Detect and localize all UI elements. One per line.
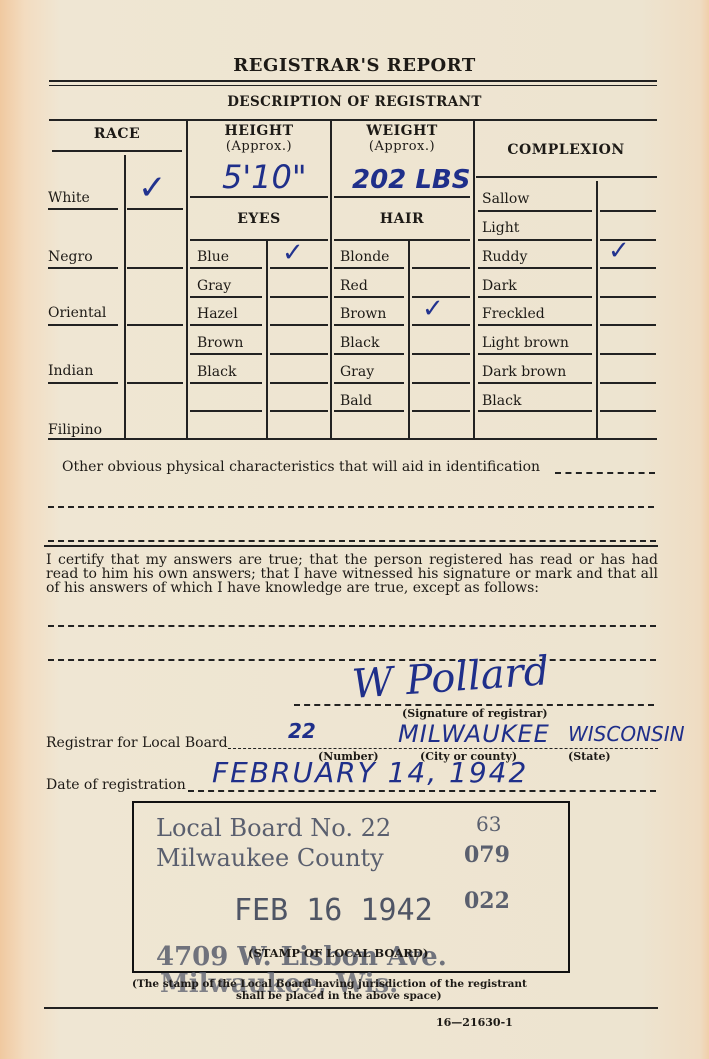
stamp-code-2: 079 [464, 842, 510, 868]
row-rule [478, 324, 592, 326]
row-rule [478, 353, 592, 355]
form-number: 16—21630-1 [436, 1016, 513, 1029]
row-rule [600, 210, 656, 212]
registration-date-value[interactable]: FEBRUARY 14, 1942 [212, 756, 528, 789]
hair-check-divider [408, 241, 410, 439]
row-rule [478, 296, 592, 298]
row-rule [412, 267, 470, 269]
table-bottom-border [48, 438, 657, 440]
complexion-option-black: Black [482, 393, 521, 409]
stamp-note-line-1: (The stamp of the Local Board having jur… [132, 978, 527, 990]
row-rule [600, 324, 656, 326]
eyes-header: EYES [190, 211, 328, 227]
row-rule [190, 353, 262, 355]
complexion-option-freckled: Freckled [482, 306, 545, 322]
row-rule [270, 353, 328, 355]
exceptions-line-2[interactable] [48, 659, 656, 661]
hair-header: HAIR [334, 211, 470, 227]
race-header: RACE [52, 126, 182, 142]
eyes-check-divider [266, 241, 268, 439]
registration-date-label: Date of registration [46, 777, 186, 793]
complexion-option-dark: Dark [482, 278, 517, 294]
height-field-rule [190, 196, 328, 198]
race-row-rule [48, 382, 118, 384]
col-divider [473, 121, 475, 439]
row-rule [334, 267, 404, 269]
row-rule [334, 410, 404, 412]
hair-header-rule [334, 239, 470, 241]
row-rule [600, 382, 656, 384]
race-check-rule [127, 208, 183, 210]
row-rule [270, 324, 328, 326]
hair-option-brown: Brown [340, 306, 386, 322]
weight-header: WEIGHT(Approx.) [334, 124, 470, 154]
row-rule [334, 296, 404, 298]
row-rule [270, 267, 328, 269]
weight-header-sub: (Approx.) [334, 139, 470, 154]
local-board-number[interactable]: 22 [288, 719, 316, 743]
stamp-date: FEB 16 1942 [234, 893, 433, 928]
section-divider [44, 545, 658, 547]
row-rule [600, 267, 656, 269]
certification-text: I certify that my answers are true; that… [46, 553, 658, 595]
race-check-rule [127, 267, 183, 269]
row-rule [190, 410, 262, 412]
weight-value[interactable]: 202 LBS [352, 165, 470, 195]
height-header-sub: (Approx.) [190, 139, 328, 154]
hair-option-bald: Bald [340, 393, 372, 409]
race-option-oriental: Oriental [48, 305, 106, 321]
race-check-rule [127, 324, 183, 326]
complexion-check-divider [596, 181, 598, 439]
height-header: HEIGHT(Approx.) [190, 124, 328, 154]
height-value[interactable]: 5'10" [222, 158, 307, 196]
row-rule [190, 267, 262, 269]
form-title: REGISTRAR'S REPORT [0, 55, 709, 76]
col-divider [330, 121, 332, 439]
stamp-note-line-2: shall be placed in the above space) [236, 990, 442, 1002]
race-row-rule [48, 267, 118, 269]
race-option-indian: Indian [48, 363, 93, 379]
state-caption: (State) [568, 750, 611, 763]
other-characteristics-line-2[interactable] [48, 506, 654, 508]
row-rule [270, 382, 328, 384]
complexion-option-dark-brown: Dark brown [482, 364, 566, 380]
race-option-filipino: Filipino [48, 422, 102, 438]
race-check-divider [124, 155, 126, 439]
race-row-rule [48, 324, 118, 326]
registration-date-field[interactable] [188, 790, 656, 792]
local-board-city[interactable]: MILWAUKEE [398, 720, 550, 748]
exceptions-line-1[interactable] [48, 625, 656, 627]
complexion-option-light-brown: Light brown [482, 335, 569, 351]
row-rule [190, 296, 262, 298]
row-rule [412, 353, 470, 355]
title-divider-2 [49, 85, 657, 86]
hair-option-gray: Gray [340, 364, 374, 380]
stamp-caption: (STAMP OF LOCAL BOARD) [248, 946, 428, 960]
eyes-option-black: Black [197, 364, 236, 380]
row-rule [412, 410, 470, 412]
row-rule [478, 267, 592, 269]
table-top-border [49, 119, 657, 121]
row-rule [190, 382, 262, 384]
race-white-check-icon[interactable]: ✓ [138, 168, 167, 208]
complexion-header-rule [476, 176, 657, 178]
eyes-option-brown: Brown [197, 335, 243, 351]
eyes-option-blue: Blue [197, 249, 229, 265]
complexion-ruddy-check-icon[interactable]: ✓ [608, 236, 630, 266]
complexion-option-light: Light [482, 220, 519, 236]
stamp-code-1: 63 [476, 812, 501, 836]
bottom-divider [44, 1007, 658, 1009]
complexion-header: COMPLEXION [476, 142, 656, 158]
col-divider [186, 121, 188, 439]
row-rule [334, 382, 404, 384]
height-header-label: HEIGHT [224, 123, 293, 139]
row-rule [334, 353, 404, 355]
row-rule [478, 210, 592, 212]
weight-header-label: WEIGHT [366, 123, 438, 139]
hair-option-red: Red [340, 278, 368, 294]
stamp-code-3: 022 [464, 888, 510, 914]
row-rule [600, 410, 656, 412]
other-characteristics-field[interactable] [555, 472, 655, 474]
row-rule [478, 239, 592, 241]
eyes-option-gray: Gray [197, 278, 231, 294]
signature-caption: (Signature of registrar) [402, 707, 548, 720]
row-rule [600, 296, 656, 298]
row-rule [600, 239, 656, 241]
row-rule [600, 353, 656, 355]
row-rule [478, 410, 592, 412]
eyes-blue-check-icon[interactable]: ✓ [282, 238, 304, 268]
other-characteristics-label: Other obvious physical characteristics t… [62, 459, 540, 475]
eyes-option-hazel: Hazel [197, 306, 238, 322]
local-board-field[interactable] [228, 748, 658, 749]
row-rule [190, 324, 262, 326]
local-board-state[interactable]: WISCONSIN [568, 722, 685, 746]
weight-field-rule [334, 196, 470, 198]
row-rule [412, 382, 470, 384]
other-characteristics-line-3[interactable] [48, 540, 656, 542]
signature-line [294, 704, 654, 706]
local-board-label: Registrar for Local Board [46, 735, 228, 751]
title-divider [49, 80, 657, 82]
race-header-rule [52, 150, 182, 152]
race-check-rule [127, 382, 183, 384]
row-rule [334, 324, 404, 326]
hair-option-black: Black [340, 335, 379, 351]
stamp-county-line: Milwaukee County [156, 844, 384, 872]
stamp-board-line: Local Board No. 22 [156, 814, 391, 842]
form-subtitle: DESCRIPTION OF REGISTRANT [0, 94, 709, 110]
complexion-option-sallow: Sallow [482, 191, 529, 207]
hair-option-blonde: Blonde [340, 249, 389, 265]
row-rule [270, 296, 328, 298]
eyes-header-rule [190, 239, 328, 241]
row-rule [270, 410, 328, 412]
complexion-option-ruddy: Ruddy [482, 249, 527, 265]
hair-brown-check-icon[interactable]: ✓ [422, 294, 444, 324]
race-option-white: White [48, 190, 90, 206]
row-rule [412, 296, 470, 298]
race-row-rule [48, 208, 118, 210]
row-rule [412, 324, 470, 326]
row-rule [478, 382, 592, 384]
race-option-negro: Negro [48, 249, 93, 265]
